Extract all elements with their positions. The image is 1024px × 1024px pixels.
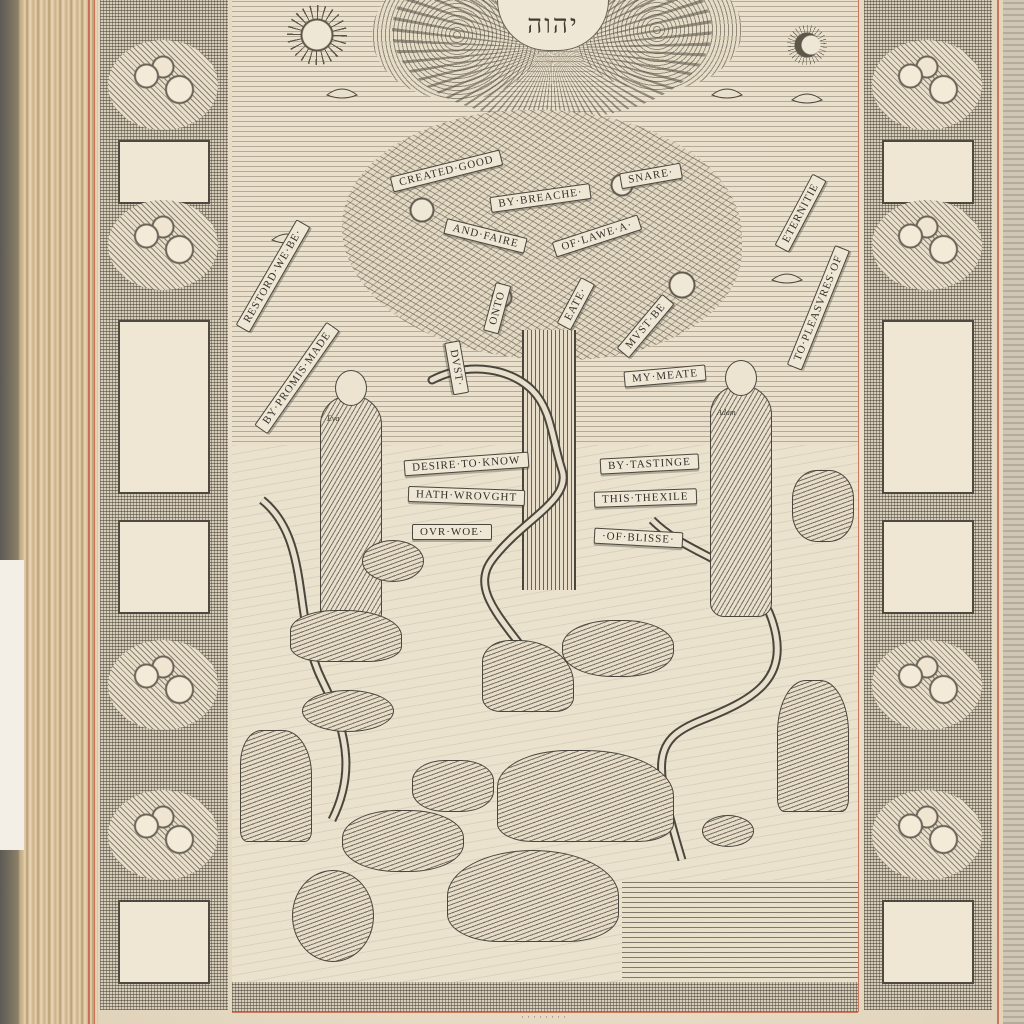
adjacent-page-edge <box>1003 0 1024 1024</box>
strapwork <box>118 320 210 494</box>
bear-icon <box>447 850 619 942</box>
bottom-text: ········ <box>232 1012 858 1024</box>
fruit-garland-icon <box>872 200 982 290</box>
lion-icon <box>292 870 374 962</box>
eve-head <box>335 370 367 406</box>
strapwork <box>882 520 974 614</box>
ox-icon <box>290 610 402 662</box>
water-with-sea-creatures <box>622 880 858 982</box>
fruit-garland-icon <box>108 790 218 880</box>
fruit-garland-icon <box>108 640 218 730</box>
tortoise-icon <box>362 540 424 582</box>
banner-our-woe: OVR·WOE· <box>412 524 492 540</box>
ornamental-border-bottom <box>232 982 858 1012</box>
fruit-garland-icon <box>872 640 982 730</box>
red-rule-left-inner <box>94 0 95 1024</box>
horse-icon <box>240 730 312 842</box>
adam-label: Adam <box>717 408 736 417</box>
adam-figure: Adam <box>710 385 772 617</box>
goat-right-icon <box>792 470 854 542</box>
strapwork <box>882 140 974 204</box>
red-rule-left-outer <box>88 0 90 1024</box>
strapwork <box>118 900 210 984</box>
page-edge-shadow <box>0 0 22 1024</box>
goat-icon <box>412 760 494 812</box>
strapwork <box>118 520 210 614</box>
eve-figure: Eva <box>320 395 382 627</box>
ornamental-border-right <box>864 0 992 1010</box>
elephant-icon <box>497 750 674 842</box>
red-rule-right <box>997 0 999 1024</box>
tiger-icon <box>342 810 464 872</box>
adam-head <box>725 360 757 396</box>
red-rule-scene-right <box>858 0 859 1012</box>
fruit-garland-icon <box>872 790 982 880</box>
camel-icon <box>777 680 849 812</box>
rhinoceros-icon <box>562 620 674 677</box>
eden-scene: יהוה Eva Adam CREATED·GOOD BY·BREACHE· S… <box>232 0 858 982</box>
ornamental-border-left <box>100 0 228 1010</box>
turtle-icon <box>702 815 754 847</box>
fruit-garland-icon <box>108 200 218 290</box>
strapwork <box>118 140 210 204</box>
boar-icon <box>302 690 394 732</box>
strapwork <box>882 320 974 494</box>
fruit-garland-icon <box>108 40 218 130</box>
paper-tab <box>0 560 24 850</box>
eve-label: Eva <box>327 414 339 423</box>
strapwork <box>882 900 974 984</box>
fruit-garland-icon <box>872 40 982 130</box>
